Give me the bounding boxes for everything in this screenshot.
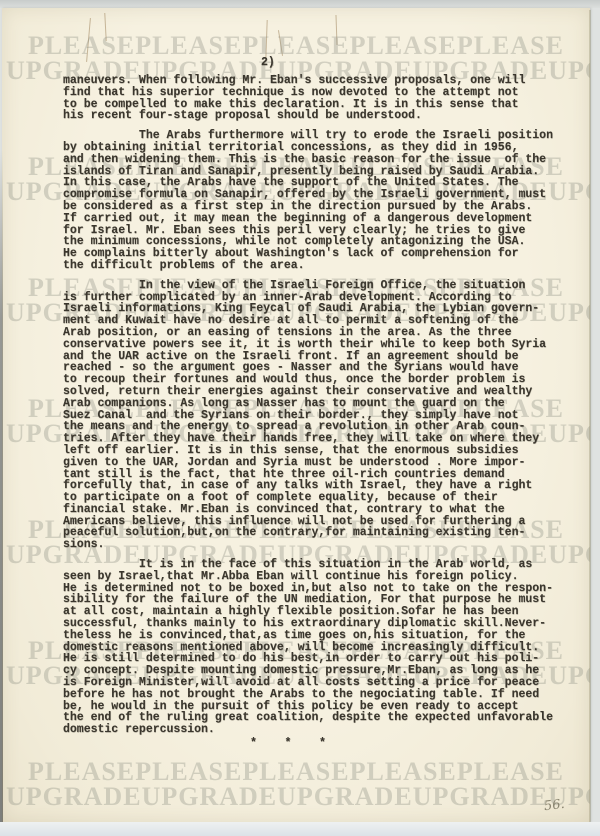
scanner-top-edge: [0, 0, 600, 8]
typewritten-paragraph: In the view of the Israeli Foreign Offic…: [63, 280, 568, 551]
paper-right-edge: [589, 10, 591, 822]
typewritten-paragraph: It is in the face of this situation in t…: [63, 559, 568, 736]
typewritten-body: maneuvers. When following Mr. Eban's suc…: [63, 75, 568, 744]
watermark-word: UPGRADE: [6, 784, 142, 810]
typewritten-paragraph: maneuvers. When following Mr. Eban's suc…: [63, 75, 568, 122]
end-of-text-separator: * * *: [2, 737, 574, 750]
scanner-bottom-edge: [0, 822, 600, 836]
watermark-word: UPGRADE: [277, 784, 413, 810]
page-number: 2): [261, 57, 275, 69]
typewritten-paragraph: The Arabs furthermore will try to erode …: [63, 130, 568, 272]
watermark-word: UPGRADE: [142, 784, 278, 810]
handwritten-archive-mark: 56.: [543, 797, 565, 814]
paper-left-edge-shadow: [0, 150, 3, 822]
scanned-document-page: PLEASEPLEASEPLEASEPLEASEPLEASEUPGRADEUPG…: [0, 0, 600, 836]
watermark-word: UPGRADE: [413, 784, 549, 810]
watermark-row: UPGRADEUPGRADEUPGRADEUPGRADEUPGRADE: [2, 784, 590, 810]
